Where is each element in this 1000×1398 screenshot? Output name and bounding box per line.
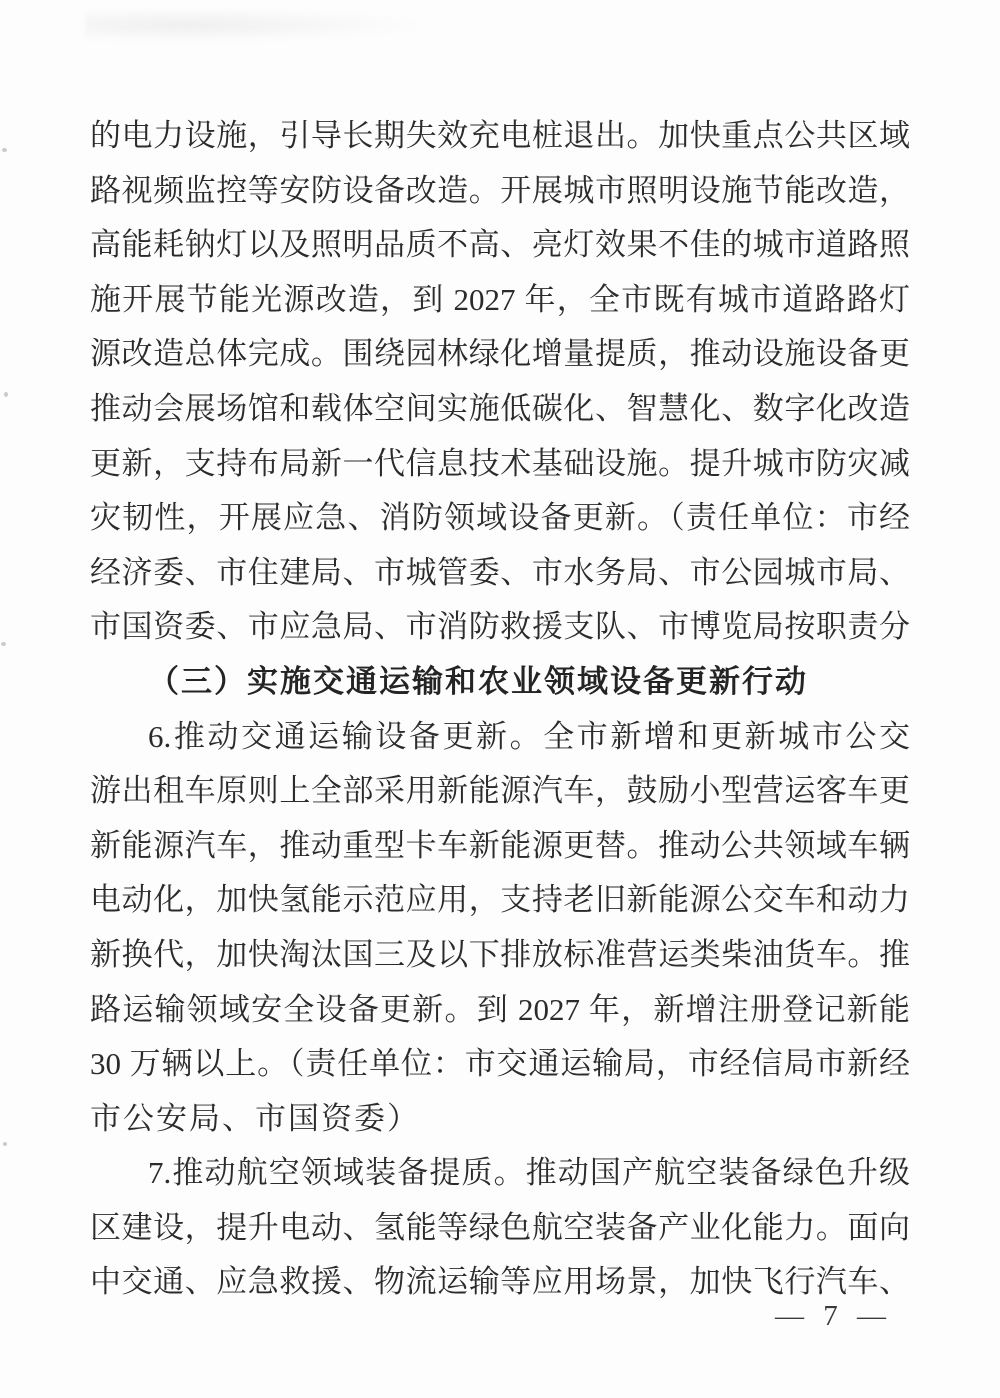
section-heading: （三）实施交通运输和农业领域设备更新行动	[90, 655, 910, 710]
scan-smudge	[85, 8, 425, 42]
scan-speck	[1, 642, 6, 646]
text-line-item-7-start: 7.推动航空领域装备提质。推动国产航空装备绿色升级示范	[90, 1146, 910, 1201]
text-line: 路视频监控等安防设备改造。开展城市照明设施节能改造，支持	[90, 164, 910, 219]
text-line-responsibility-end: 市公安局、市国资委）	[90, 1092, 910, 1147]
text-line: 的电力设施，引导长期失效充电桩退出。加快重点公共区域和道	[90, 109, 910, 164]
text-line: 施开展节能光源改造，到 2027 年，全市既有城市道路路灯节能光	[90, 273, 910, 328]
text-line: 游出租车原则上全部采用新能源汽车，鼓励小型营运客车更新为	[90, 764, 910, 819]
text-line: 区建设，提升电动、氢能等绿色航空装备产业化能力。面向城市空	[90, 1201, 910, 1256]
page-number: — 7 —	[775, 1298, 892, 1334]
text-line: 高能耗钠灯以及照明品质不高、亮灯效果不佳的城市道路照明设	[90, 218, 910, 273]
scan-speck	[2, 148, 7, 152]
text-line: 电动化，加快氢能示范应用，支持老旧新能源公交车和动力电池更	[90, 873, 910, 928]
document-page: 的电力设施，引导长期失效充电桩退出。加快重点公共区域和道 路视频监控等安防设备改…	[0, 0, 1000, 1398]
text-line: 更新，支持布局新一代信息技术基础设施。提升城市防灾减灾救	[90, 437, 910, 492]
scan-speck	[4, 392, 8, 397]
text-line-responsibility-start: 30 万辆以上。（责任单位：市交通运输局，市经信局市新经济委、	[90, 1037, 910, 1092]
text-line: 新换代，加快淘汰国三及以下排放标准营运类柴油货车。推动道	[90, 928, 910, 983]
text-line-responsibility-end: 市国资委、市应急局、市消防救援支队、市博览局按职责分工负责）	[90, 600, 910, 655]
text-line-item-6-start: 6.推动交通运输设备更新。全市新增和更新城市公交车、巡	[90, 710, 910, 765]
text-line: 推动会展场馆和载体空间实施低碳化、智慧化、数字化改造和设备	[90, 382, 910, 437]
scan-speck	[3, 1142, 7, 1146]
text-line: 源改造总体完成。围绕园林绿化增量提质，推动设施设备更新。	[90, 327, 910, 382]
text-line: 新能源汽车，推动重型卡车新能源更替。推动公共领域车辆全面	[90, 819, 910, 874]
document-text-block: 的电力设施，引导长期失效充电桩退出。加快重点公共区域和道 路视频监控等安防设备改…	[90, 109, 910, 1310]
text-line-responsibility: 经济委、市住建局、市城管委、市水务局、市公园城市局、市卫健委、	[90, 546, 910, 601]
text-line: 路运输领域安全设备更新。到 2027 年，新增注册登记新能源汽车	[90, 983, 910, 1038]
text-line-responsibility-start: 灾韧性，开展应急、消防领域设备更新。（责任单位：市经信局市新	[90, 491, 910, 546]
